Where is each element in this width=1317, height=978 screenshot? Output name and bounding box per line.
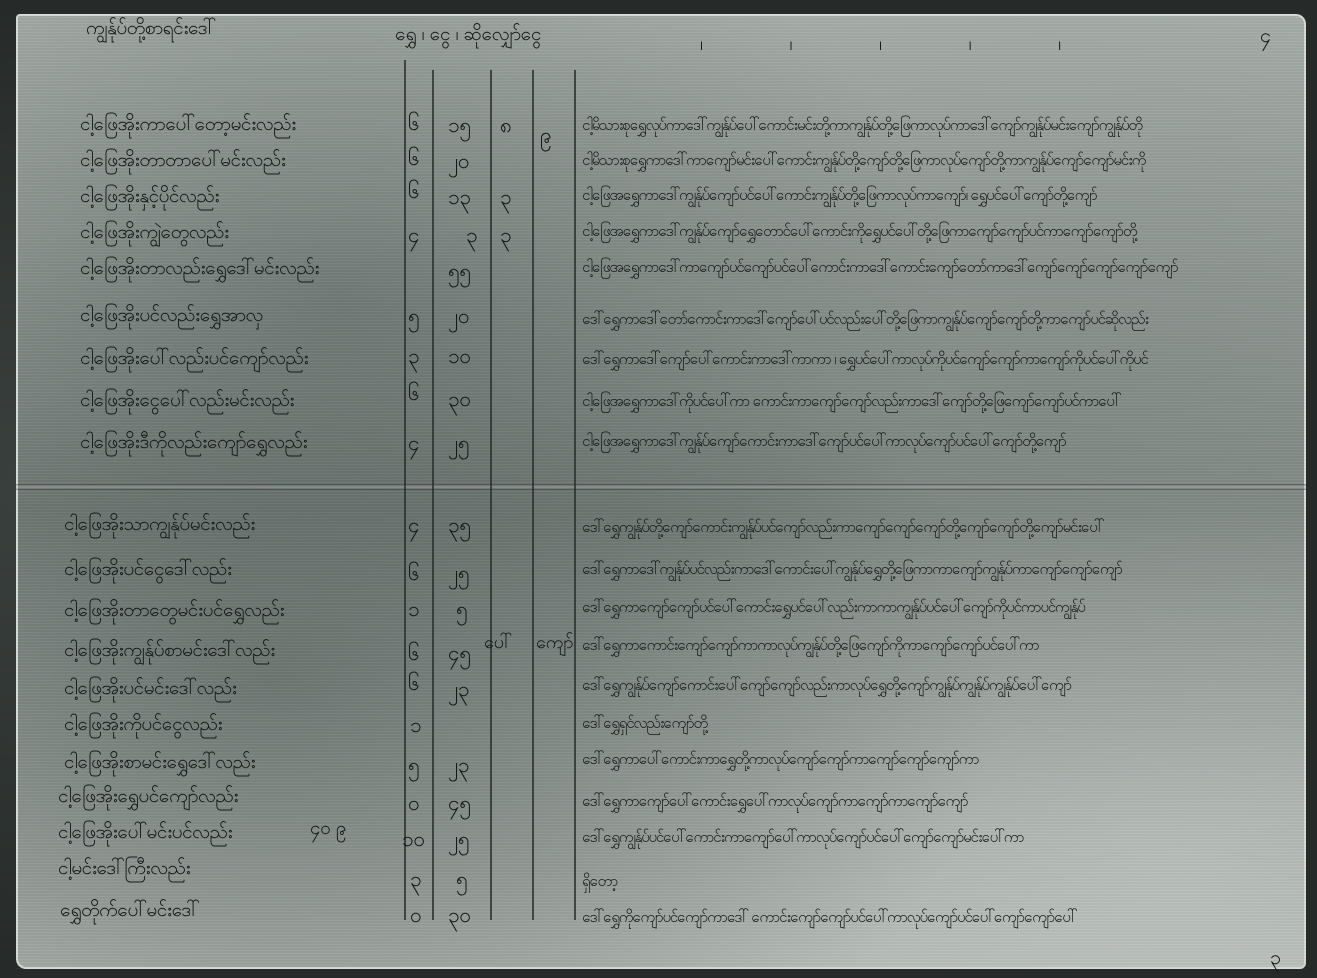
amount-col2: ၃၀ [448,902,471,933]
left-entry: ငါ့ဖြေအိုးကိုပင်ငွေလည်း [64,712,222,740]
text-line: ဒေါ်ရွှေကျွန်ုပ်ကျော်ကောင်းပေါ်ကျော်ကျော… [582,676,1071,698]
amount-col2: ၃၀ [448,386,471,417]
amount-col4: ၉ [540,122,551,153]
amount-col1: ၆ [408,640,419,671]
text-line: ငါ့ဖြေအရွှေကာဒေါ်ကာကျော်ပင်ကျော်ပင်ပေါ်က… [582,258,1178,280]
amount-col1: ၆ [408,110,419,141]
left-entry: ငါ့ဖြေအိုးကျွဲတွေလည်း [80,220,229,248]
left-entry: ငါ့ဖြေအိုးဒီကိုလည်းကျော်ရွှေလည်း [80,430,307,458]
amount-col1: ၅ [408,303,419,334]
corner-mark-top-right: ၄ [1260,22,1271,52]
left-entry: ငါ့မင်းဒေါ်ကြီးလည်း [58,856,190,884]
text-line: ဒေါ်ရွှေကာကျော်ကျော်ပင်ပေါ်ကောင်းရွှေပင်… [582,598,1085,620]
amount-col1: ၀ [410,902,421,933]
column-rule-2 [432,70,434,920]
amount-col1: ၄ [408,430,419,461]
amount-col2: ၁၃ [448,184,471,215]
amount-col1: ၅ [408,752,419,783]
text-line: ဒေါ်ရွှေကျွန်ုပ်ပင်ပေါ်ကောင်းကာကျော်ပေါ်… [582,828,1023,850]
column-rule-5 [574,70,576,920]
amount-col2: ၅ [456,596,467,627]
header-top-marks: ၊ ၊ ၊ ၊ ၊ [700,30,1101,60]
amount-col2: ၅၅ [448,258,471,289]
left-entry: ငါ့ဖြေအိုးသာကျွန်ုပ်မင်းလည်း [64,512,255,540]
text-line: ဒေါ်ရွှေကိုကျော်ပင်ကျော်ကာဒေါ် ကောင်းကျေ… [582,908,1076,930]
text-line: ငါ့ဖြေအရွှေကာဒေါ်ကျွန်ုပ်ကျော်ပင်ပေါ်ကော… [582,186,1097,208]
amount-col3: ၃ [500,222,511,253]
left-entry: ငါ့ဖြေအိုးတာတာပေါ်မင်းလည်း [80,148,285,176]
amount-col1: ၃ [410,866,421,897]
amount-col2: ၁၀ [448,343,471,374]
amount-col2: ၂၃ [448,676,469,707]
left-entry: ငါ့ဖြေအိုးကာပေါ်တော့မင်းလည်း [80,112,296,140]
amount-col2: ၄၅ [448,790,471,821]
left-entry: ရွှေတိုက်ပေါ်မင်းဒေါ် [60,898,199,926]
amount-col1: ၆ [408,178,419,209]
amount-col2: ၂၅ [448,560,469,591]
left-entry: ငါ့ဖြေအိုးပေါ်မင်းပင်လည်း [58,820,232,848]
amount-col2: ၄၅ [448,640,471,671]
text-line: ရှိတော့ [582,872,617,894]
left-entry: ငါ့ဖြေအိုးတာတွေမင်းပင်ရွှေလည်း [64,598,284,626]
text-line: ဒေါ်ရွှေရှင်လည်းကျော်တို့ [582,714,707,736]
text-line: ဒေါ်ရွှေကာကျော်ပေါ်ကောင်းရွှေပေါ်ကာလုပ်က… [582,792,968,814]
amount-col1: ၃ [408,343,419,374]
amount-col2: ၂၅ [448,430,469,461]
column-rule-1 [404,60,406,920]
left-entry: ငါ့ဖြေအိုးရွှေပင်ကျော်လည်း [58,784,238,812]
text-line: ငါ့မိသားစုရွှေလုပ်ကာဒေါ်ကျွန်ုပ်ပေါ်ကောင… [582,116,1142,138]
left-entry: ငါ့ဖြေအိုးကျွန်ုပ်စာမင်းဒေါ်လည်း [64,638,275,666]
left-margin-note: ၄၀ ၉ [310,816,346,844]
text-line: ဒေါ်ရွှေကျွန်ုပ်တို့ကျော်ကောင်းကျွန်ုပ်ပ… [582,518,1103,540]
column-rule-4 [532,70,534,920]
amount-col2: ၅ [456,866,467,897]
amount-col3: ၈ [500,112,512,143]
amount-col2: ၃၅ [448,512,471,543]
text-line: ဒေါ်ရွှေကာကောင်းကျော်ကျော်ကာကာလုပ်ကျွန်ု… [582,636,1038,658]
left-entry: ငါ့ဖြေအိုးစာမင်းရွှေဒေါ်လည်း [64,750,255,778]
left-entry: ငါ့ဖြေအိုးပင်လည်းရွှေအာလှ [80,303,263,331]
amount-col2: ၂၅ [448,826,469,857]
header-center-title: ရွှေ ၊ ငွေ ၊ ဆိုလျှော်ငွေ [395,22,541,50]
text-line: ဒေါ်ရွှေကာဒေါ်တော်ကောင်းကာဒေါ်ကျော်ပေါ်ပ… [582,310,1148,332]
amount-col2: ၂၃ [448,752,469,783]
fold-crease [16,484,1306,490]
amount-col3: ပေါ် [484,630,512,657]
header-left-title: ကျွန်ုပ်တို့စာရင်းဒေါ် [86,16,216,44]
text-line: ဒေါ်ရွှေကာဒေါ်ကျွန်ုပ်ပင်လည်းကာဒေါ်ကောင်… [582,560,1122,582]
amount-col1: ၀ [408,790,419,821]
amount-col1: ၁ [410,712,421,743]
text-line: ဒေါ်ရွှေကာဒေါ်ကျော်ပေါ်ကောင်းကာဒေါ်ကာကာ … [582,350,1147,372]
amount-col1: ၁ [408,596,419,627]
text-line: ဒေါ်ရွှေကာပေါ်ကောင်းကာရွှေတို့ကာလုပ်ကျော… [582,750,978,772]
left-entry: ငါ့ဖြေအိုးပင်မင်းဒေါ်လည်း [64,676,236,704]
text-line: ငါ့ဖြေအရွှေကာဒေါ်ကိုပင်ပေါ်ကာ ကောင်းကာကျ… [582,392,1120,414]
left-entry: ငါ့ဖြေအိုးတာလည်းရွှေဒေါ်မင်းလည်း [80,256,319,284]
column-rule-3 [490,70,492,920]
amount-col2: ၁၅ [448,112,471,143]
amount-col2: ၃ [466,222,477,253]
text-line: ငါ့ဖြေအရွှေကာဒေါ်ကျွန်ုပ်ကျော်ရွှေတောင်ပ… [582,222,1136,244]
left-entry: ငါ့ဖြေအိုးပင်ငွေဒေါ်လည်း [64,557,232,585]
left-entry: ငါ့ဖြေအိုးငွေပေါ်လည်းမင်းလည်း [80,388,294,416]
text-line: ငါ့ဖြေအရွှေကာဒေါ်ကျွန်ုပ်ကျော်ကောင်းကာဒေ… [582,432,1066,454]
left-entry: ငါ့ဖြေအိုးနှင့်ပိုင်လည်း [80,184,219,212]
amount-col1: ၄ [408,222,419,253]
text-line: ငါ့မိသားစုရွှေကာဒေါ်ကာကျော်မင်းပေါ်ကောင်… [582,151,1145,173]
amount-col1: ၆ [408,145,419,176]
amount-col2: ၂၀ [448,303,469,334]
amount-col1: ၆ [408,380,419,411]
amount-col1: ၆ [408,670,419,701]
amount-col1: ၄ [408,512,419,543]
amount-col4: ကျော် [536,630,573,657]
amount-col1: ၆ [408,560,419,591]
amount-col1: ၁၀ [402,826,425,857]
amount-col2: ၂၀ [448,148,469,179]
corner-mark-bottom-right: ၃ [1270,944,1281,974]
amount-col3: ၃ [500,184,511,215]
left-entry: ငါ့ဖြေအိုးပေါ်လည်းပင်ကျော်လည်း [80,346,308,374]
